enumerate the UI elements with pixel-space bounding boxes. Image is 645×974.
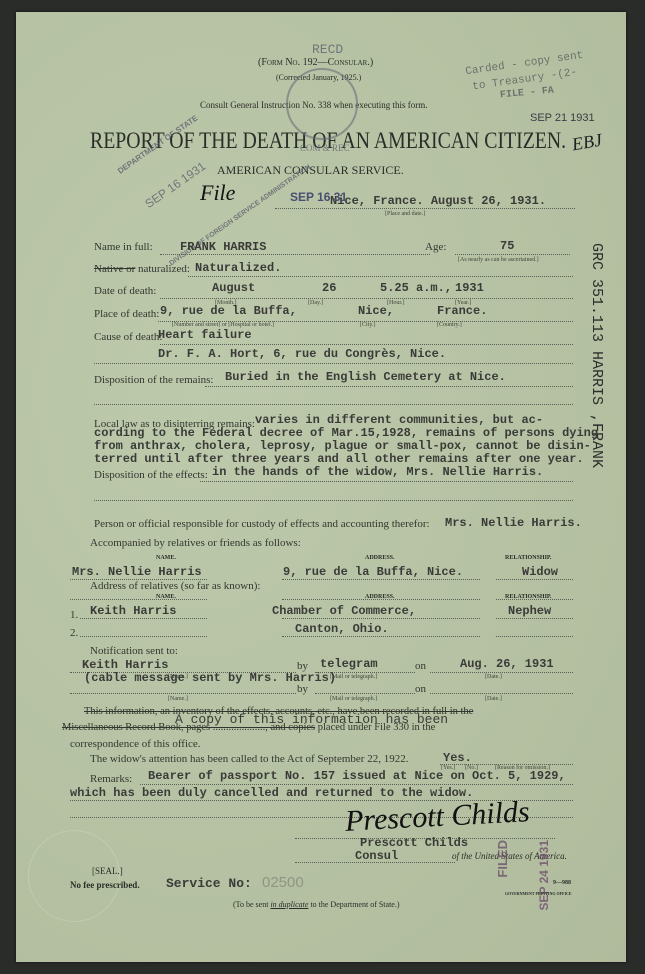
consul-name: Prescott Childs — [360, 836, 468, 850]
col-relationship: RELATIONSHIP. — [505, 555, 552, 561]
notification-on: on — [415, 660, 426, 672]
notification-caption-date-2: [Date.] — [485, 696, 502, 702]
accompanied-label: Accompanied by relatives or friends as f… — [90, 537, 301, 549]
gpo-number: 9—988 — [553, 880, 571, 886]
relative-2-address: Canton, Ohio. — [295, 622, 389, 636]
relative-2-num: 2. — [70, 627, 78, 639]
local-law-line3: from anthrax, cholera, leprosy, plague o… — [94, 439, 591, 453]
effects-value: in the hands of the widow, Mrs. Nellie H… — [212, 465, 543, 479]
relative-1-address: Chamber of Commerce, — [272, 604, 416, 618]
date-day: 26 — [322, 281, 336, 295]
effects-label: Disposition of the effects: — [94, 469, 208, 481]
remains-value: Buried in the English Cemetery at Nice. — [225, 370, 506, 384]
notification-date: Aug. 26, 1931 — [460, 657, 554, 671]
info-line-3: correspondence of this office. — [70, 738, 201, 750]
accompanied-relationship: Widow — [522, 565, 558, 579]
rel-col-address: ADDRESS. — [365, 594, 395, 600]
notification-caption-method: [Mail or telegraph.] — [330, 674, 377, 680]
relative-1-num: 1. — [70, 609, 78, 621]
notification-label: Notification sent to: — [90, 645, 178, 657]
remarks-line1: Bearer of passport No. 157 issued at Nic… — [148, 769, 566, 783]
service-number: 02500 — [262, 874, 304, 891]
notification-name: Keith Harris — [82, 658, 168, 672]
fee-note: No fee prescribed. — [70, 880, 140, 890]
remarks-label: Remarks: — [90, 773, 132, 785]
age-label: Age: — [425, 241, 446, 253]
notification-caption-method-2: [Mail or telegraph.] — [330, 696, 377, 702]
notification-caption-name-2: [Name.] — [168, 696, 188, 702]
naturalized-label: Native or naturalized: — [94, 263, 190, 275]
age-value: 75 — [500, 239, 514, 253]
service-label: Service No: — [166, 876, 252, 891]
accompanied-name: Mrs. Nellie Harris — [72, 565, 202, 579]
file-handwritten: File — [200, 180, 235, 206]
name-label: Name in full: — [94, 241, 153, 253]
date-year: 1931 — [455, 281, 484, 295]
place-date-caption: [Place and date.] — [385, 211, 425, 217]
recd-stamp: RECD — [312, 42, 343, 57]
form-number: (Form No. 192—Consular.) — [258, 57, 373, 68]
name-value: FRANK HARRIS — [180, 240, 266, 254]
cause-label: Cause of death: — [94, 331, 162, 343]
age-caption: [As nearly as can be ascertained.] — [458, 257, 539, 263]
local-law-line1: varies in different communities, but ac- — [255, 413, 543, 427]
sep24-stamp: SEP 24 1931 — [537, 840, 551, 911]
caption-country: [Country.] — [437, 322, 462, 328]
date-month: August — [212, 281, 255, 295]
cause-value: Heart failure — [158, 328, 252, 342]
remarks-line2: which has been duly cancelled and return… — [70, 786, 473, 800]
notification-by-2: by — [297, 683, 308, 695]
place-street: 9, rue de la Buffa, — [160, 304, 297, 318]
relative-1-relationship: Nephew — [508, 604, 551, 618]
act-label: The widow's attention has been called to… — [90, 753, 408, 765]
accompanied-address: 9, rue de la Buffa, Nice. — [283, 565, 463, 579]
date-label: Date of death: — [94, 285, 156, 297]
naturalized-value: Naturalized. — [195, 261, 281, 275]
seal-label: [SEAL.] — [92, 866, 123, 876]
custody-value: Mrs. Nellie Harris. — [445, 516, 582, 530]
relatives-label: Address of relatives (so far as known): — [90, 580, 260, 592]
notification-caption-date: [Date.] — [485, 674, 502, 680]
document-page — [16, 12, 626, 962]
sep21-stamp: SEP 21 1931 — [530, 112, 595, 124]
cause-value-doctor: Dr. F. A. Hort, 6, rue du Congrès, Nice. — [158, 347, 446, 361]
place-label: Place of death: — [94, 308, 159, 320]
notification-method: telegram — [320, 657, 378, 671]
place-country: France. — [437, 304, 487, 318]
info-line-2: Miscellaneous Record Book, pages .......… — [62, 722, 435, 733]
consul-title: Consul — [355, 849, 398, 863]
notification-caption-name: [Name.] — [168, 674, 188, 680]
local-law-line2: cording to the Federal decree of Mar.15,… — [94, 426, 598, 440]
clock-stamp — [286, 68, 358, 140]
notification-on-2: on — [415, 683, 426, 695]
col-address: ADDRESS. — [365, 555, 395, 561]
act-value: Yes. — [443, 751, 472, 765]
date-hour: 5.25 a.m., — [380, 281, 452, 295]
custody-label: Person or official responsible for custo… — [94, 518, 430, 530]
embossed-seal — [28, 830, 120, 922]
remains-label: Disposition of the remains: — [94, 374, 213, 386]
caption-day: [Day.] — [308, 300, 323, 306]
col-name: NAME. — [156, 555, 176, 561]
filed-stamp: FILED — [495, 840, 510, 878]
com-rec-stamp: COM & REC — [300, 143, 350, 153]
rel-col-name: NAME. — [156, 594, 176, 600]
relative-1-name: Keith Harris — [90, 604, 176, 618]
place-and-date: Nice, France. August 26, 1931. — [330, 194, 546, 208]
caption-city: [City.] — [360, 322, 375, 328]
rel-col-relationship: RELATIONSHIP. — [505, 594, 552, 600]
duplicate-note: (To be sent in duplicate to the Departme… — [233, 900, 400, 909]
place-city: Nice, — [358, 304, 394, 318]
received-date-stamp: SEP 16 31 — [290, 190, 347, 204]
gpo-label: GOVERNMENT PRINTING OFFICE — [505, 891, 572, 896]
local-law-line4: terred until after three years and all o… — [94, 452, 584, 466]
